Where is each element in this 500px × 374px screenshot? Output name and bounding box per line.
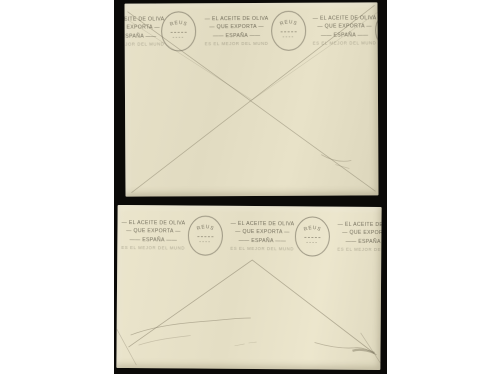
photo-background: — EL ACEITE DE OLIVA — QUE EXPORTA — —— … [114,0,387,374]
envelope-top: — EL ACEITE DE OLIVA — QUE EXPORTA — —— … [124,2,378,196]
envelope-bottom: — EL ACEITE DE OLIVA — QUE EXPORTA — —— … [116,205,381,370]
auction-photo-canvas: — EL ACEITE DE OLIVA — QUE EXPORTA — —— … [0,0,500,374]
pencil-marks [124,2,378,196]
pencil-marks [116,205,381,370]
